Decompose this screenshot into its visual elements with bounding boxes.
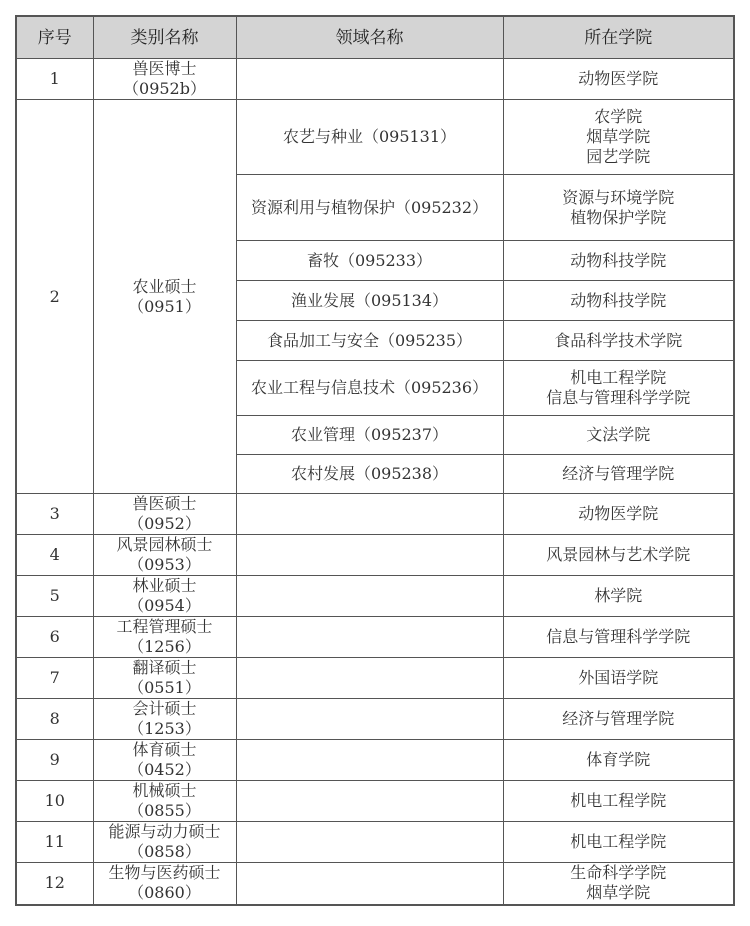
field-cell: 渔业发展（095134） (236, 281, 503, 321)
row-number: 2 (16, 100, 93, 494)
category-code: （1256） (94, 637, 236, 657)
college-name: 信息与管理科学学院 (504, 627, 734, 647)
table-row: 10 机械硕士 （0855） 机电工程学院 (16, 781, 734, 822)
category-name: 翻译硕士 (94, 658, 236, 678)
table-row: 3 兽医硕士 （0952） 动物医学院 (16, 494, 734, 535)
college-cell: 经济与管理学院 (503, 699, 734, 740)
row-number: 9 (16, 740, 93, 781)
category-code: （0951） (94, 297, 236, 317)
college-name: 农学院 (504, 107, 734, 127)
college-name: 植物保护学院 (504, 208, 734, 228)
category-name: 兽医硕士 (94, 494, 236, 514)
category-name: 工程管理硕士 (94, 617, 236, 637)
college-name: 动物医学院 (504, 504, 734, 524)
category-cell: 翻译硕士 （0551） (93, 658, 236, 699)
college-cell: 林学院 (503, 576, 734, 617)
category-code: （0952b） (94, 79, 236, 99)
college-cell: 体育学院 (503, 740, 734, 781)
college-name: 烟草学院 (504, 127, 734, 147)
category-name: 机械硕士 (94, 781, 236, 801)
field-cell (236, 863, 503, 905)
table-row: 9 体育硕士 （0452） 体育学院 (16, 740, 734, 781)
row-number: 5 (16, 576, 93, 617)
college-cell: 机电工程学院 (503, 822, 734, 863)
table-row: 12 生物与医药硕士 （0860） 生命科学学院 烟草学院 (16, 863, 734, 905)
field-cell (236, 59, 503, 100)
college-name: 机电工程学院 (504, 832, 734, 852)
college-cell: 动物医学院 (503, 494, 734, 535)
college-name: 机电工程学院 (504, 368, 734, 388)
category-cell: 会计硕士 （1253） (93, 699, 236, 740)
field-cell: 农业管理（095237） (236, 416, 503, 455)
college-cell: 动物科技学院 (503, 281, 734, 321)
category-name: 风景园林硕士 (94, 535, 236, 555)
category-cell: 工程管理硕士 （1256） (93, 617, 236, 658)
category-name: 能源与动力硕士 (94, 822, 236, 842)
college-name: 信息与管理科学学院 (504, 388, 734, 408)
field-cell: 资源利用与植物保护（095232） (236, 175, 503, 241)
college-name: 园艺学院 (504, 147, 734, 167)
category-cell: 林业硕士 （0954） (93, 576, 236, 617)
college-name: 动物科技学院 (504, 291, 734, 311)
college-name: 经济与管理学院 (504, 709, 734, 729)
row-number: 12 (16, 863, 93, 905)
category-code: （1253） (94, 719, 236, 739)
college-cell: 动物科技学院 (503, 241, 734, 281)
field-cell: 畜牧（095233） (236, 241, 503, 281)
college-name: 资源与环境学院 (504, 188, 734, 208)
category-cell: 体育硕士 （0452） (93, 740, 236, 781)
category-name: 会计硕士 (94, 699, 236, 719)
field-cell: 农村发展（095238） (236, 455, 503, 494)
row-number: 1 (16, 59, 93, 100)
category-cell: 机械硕士 （0855） (93, 781, 236, 822)
college-name: 文法学院 (504, 425, 734, 445)
category-code: （0952） (94, 514, 236, 534)
field-cell: 农艺与种业（095131） (236, 100, 503, 175)
field-cell (236, 494, 503, 535)
category-name: 农业硕士 (94, 277, 236, 297)
row-number: 4 (16, 535, 93, 576)
category-cell: 兽医硕士 （0952） (93, 494, 236, 535)
header-college: 所在学院 (503, 16, 734, 59)
category-cell: 能源与动力硕士 （0858） (93, 822, 236, 863)
field-cell (236, 576, 503, 617)
field-cell (236, 822, 503, 863)
table-row: 1 兽医博士 （0952b） 动物医学院 (16, 59, 734, 100)
category-name: 林业硕士 (94, 576, 236, 596)
row-number: 10 (16, 781, 93, 822)
category-cell: 兽医博士 （0952b） (93, 59, 236, 100)
college-name: 机电工程学院 (504, 791, 734, 811)
category-code: （0953） (94, 555, 236, 575)
category-code: （0452） (94, 760, 236, 780)
college-cell: 文法学院 (503, 416, 734, 455)
category-code: （0954） (94, 596, 236, 616)
college-cell: 风景园林与艺术学院 (503, 535, 734, 576)
college-name: 林学院 (504, 586, 734, 606)
programs-table: 序号 类别名称 领域名称 所在学院 1 兽医博士 （0952b） 动物医学院 2… (15, 15, 735, 906)
college-cell: 食品科学技术学院 (503, 321, 734, 361)
college-cell: 资源与环境学院 植物保护学院 (503, 175, 734, 241)
table-row: 11 能源与动力硕士 （0858） 机电工程学院 (16, 822, 734, 863)
field-cell: 食品加工与安全（095235） (236, 321, 503, 361)
category-name: 兽医博士 (94, 59, 236, 79)
table-row: 6 工程管理硕士 （1256） 信息与管理科学学院 (16, 617, 734, 658)
college-name: 外国语学院 (504, 668, 734, 688)
college-cell: 经济与管理学院 (503, 455, 734, 494)
table-row: 7 翻译硕士 （0551） 外国语学院 (16, 658, 734, 699)
field-cell (236, 535, 503, 576)
college-name: 烟草学院 (504, 883, 734, 903)
college-cell: 动物医学院 (503, 59, 734, 100)
college-name: 动物科技学院 (504, 251, 734, 271)
header-category: 类别名称 (93, 16, 236, 59)
row-number: 3 (16, 494, 93, 535)
college-cell: 机电工程学院 (503, 781, 734, 822)
college-name: 动物医学院 (504, 69, 734, 89)
college-cell: 信息与管理科学学院 (503, 617, 734, 658)
row-number: 11 (16, 822, 93, 863)
college-cell: 生命科学学院 烟草学院 (503, 863, 734, 905)
category-cell: 生物与医药硕士 （0860） (93, 863, 236, 905)
category-cell: 风景园林硕士 （0953） (93, 535, 236, 576)
category-code: （0860） (94, 883, 236, 903)
college-name: 体育学院 (504, 750, 734, 770)
college-name: 生命科学学院 (504, 863, 734, 883)
row-number: 7 (16, 658, 93, 699)
category-code: （0551） (94, 678, 236, 698)
field-cell (236, 740, 503, 781)
category-cell: 农业硕士 （0951） (93, 100, 236, 494)
category-code: （0855） (94, 801, 236, 821)
college-name: 风景园林与艺术学院 (504, 545, 734, 565)
table-row: 4 风景园林硕士 （0953） 风景园林与艺术学院 (16, 535, 734, 576)
field-cell (236, 658, 503, 699)
category-code: （0858） (94, 842, 236, 862)
header-row: 序号 类别名称 领域名称 所在学院 (16, 16, 734, 59)
field-cell (236, 781, 503, 822)
table-row: 8 会计硕士 （1253） 经济与管理学院 (16, 699, 734, 740)
row-number: 6 (16, 617, 93, 658)
college-name: 食品科学技术学院 (504, 331, 734, 351)
college-cell: 农学院 烟草学院 园艺学院 (503, 100, 734, 175)
category-name: 生物与医药硕士 (94, 863, 236, 883)
category-name: 体育硕士 (94, 740, 236, 760)
college-cell: 外国语学院 (503, 658, 734, 699)
row-number: 8 (16, 699, 93, 740)
field-cell (236, 617, 503, 658)
college-name: 经济与管理学院 (504, 464, 734, 484)
field-cell (236, 699, 503, 740)
header-field: 领域名称 (236, 16, 503, 59)
table-row: 2 农业硕士 （0951） 农艺与种业（095131） 农学院 烟草学院 园艺学… (16, 100, 734, 175)
field-cell: 农业工程与信息技术（095236） (236, 361, 503, 416)
header-no: 序号 (16, 16, 93, 59)
college-cell: 机电工程学院 信息与管理科学学院 (503, 361, 734, 416)
table-row: 5 林业硕士 （0954） 林学院 (16, 576, 734, 617)
